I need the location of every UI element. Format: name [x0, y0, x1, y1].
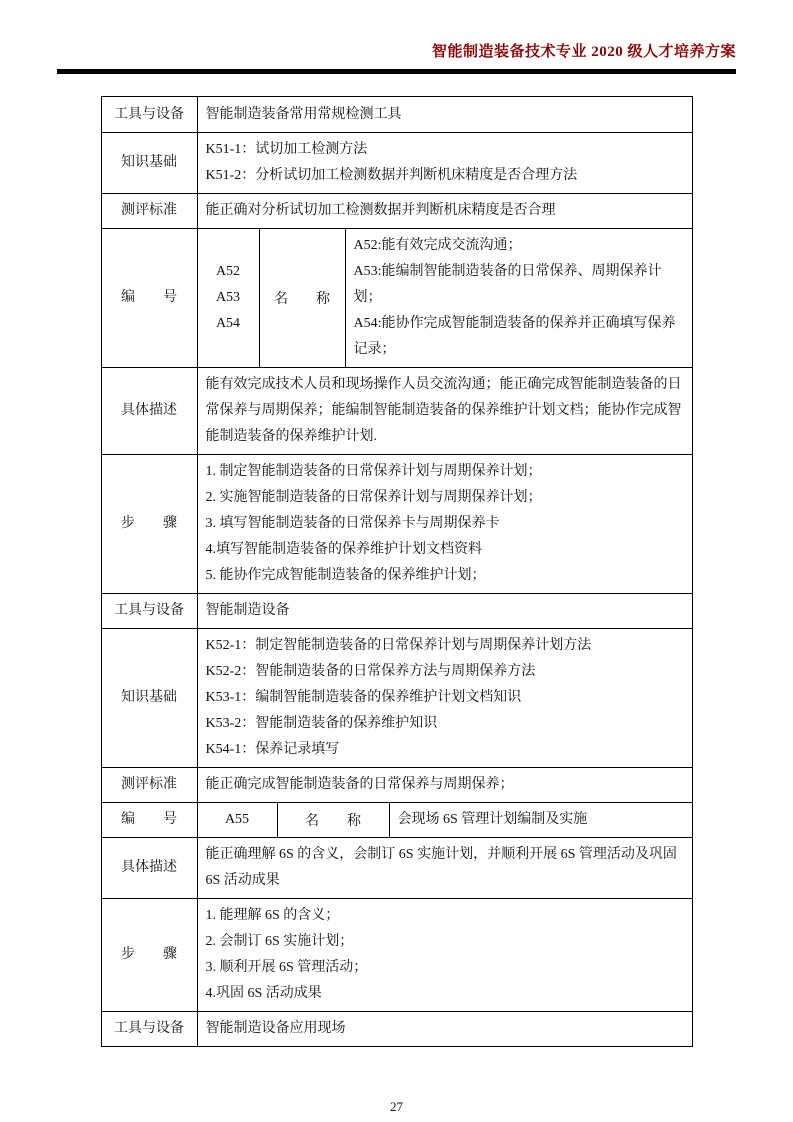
code-value: A53: [216, 285, 240, 311]
content-line: K51-2：分析试切加工检测数据并判断机床精度是否合理方法: [206, 163, 684, 189]
row-label-cell: 知识基础: [102, 629, 197, 767]
table-row: 工具与设备智能制造装备常用常规检测工具: [102, 97, 692, 132]
content-line: A52:能有效完成交流沟通；: [354, 233, 684, 259]
content-line: 3. 顺利开展 6S 管理活动；: [206, 955, 684, 981]
code-cell: A55: [197, 803, 277, 837]
row-content-cell: 能正确理解 6S 的含义，会制订 6S 实施计划，并顺利开展 6S 管理活动及巩…: [197, 838, 692, 898]
content-paragraph: 能有效完成技术人员和现场操作人员交流沟通；能正确完成智能制造装备的日常保养与周期…: [206, 372, 684, 450]
content-line: 4.填写智能制造装备的保养维护计划文档资料: [206, 537, 684, 563]
document-page: 智能制造装备技术专业 2020 级人才培养方案 工具与设备智能制造装备常用常规检…: [0, 0, 793, 1122]
content-line: K52-2：智能制造装备的日常保养方法与周期保养方法: [206, 659, 684, 685]
table-row: 步 骤1. 能理解 6S 的含义；2. 会制订 6S 实施计划；3. 顺利开展 …: [102, 898, 692, 1011]
table-row: 测评标准能正确完成智能制造装备的日常保养与周期保养；: [102, 767, 692, 802]
content-line: A53:能编制智能制造装备的日常保养、周期保养计划；: [354, 259, 684, 311]
code-value: A55: [225, 807, 249, 833]
row-label-cell: 测评标准: [102, 194, 197, 228]
table-row: 工具与设备智能制造设备: [102, 593, 692, 628]
row-label-cell: 具体描述: [102, 368, 197, 454]
content-line: 5. 能协作完成智能制造装备的保养维护计划；: [206, 563, 684, 589]
content-paragraph: 能正确理解 6S 的含义，会制订 6S 实施计划，并顺利开展 6S 管理活动及巩…: [206, 842, 684, 894]
table-row: 具体描述能有效完成技术人员和现场操作人员交流沟通；能正确完成智能制造装备的日常保…: [102, 367, 692, 454]
content-line: K53-2：智能制造装备的保养维护知识: [206, 711, 684, 737]
row-content-cell: 1. 能理解 6S 的含义；2. 会制订 6S 实施计划；3. 顺利开展 6S …: [197, 899, 692, 1011]
row-label-cell: 步 骤: [102, 899, 197, 1011]
content-line: K51-1：试切加工检测方法: [206, 137, 684, 163]
content-line: A54:能协作完成智能制造装备的保养并正确填写保养记录；: [354, 311, 684, 363]
content-line: 4.巩固 6S 活动成果: [206, 981, 684, 1007]
row-content-cell: A52:能有效完成交流沟通；A53:能编制智能制造装备的日常保养、周期保养计划；…: [345, 229, 692, 367]
table-row: 测评标准能正确对分析试切加工检测数据并判断机床精度是否合理: [102, 193, 692, 228]
row-content-cell: 智能制造设备应用现场: [197, 1012, 692, 1046]
content-line: 1. 制定智能制造装备的日常保养计划与周期保养计划；: [206, 459, 684, 485]
code-value: A52: [216, 259, 240, 285]
row-content-cell: 能正确完成智能制造装备的日常保养与周期保养；: [197, 768, 692, 802]
code-value: A54: [216, 311, 240, 337]
content-line: 智能制造设备: [206, 598, 684, 624]
row-content-cell: K52-1：制定智能制造装备的日常保养计划与周期保养计划方法K52-2：智能制造…: [197, 629, 692, 767]
row-label-cell: 测评标准: [102, 768, 197, 802]
row-content-cell: 会现场 6S 管理计划编制及实施: [389, 803, 692, 837]
page-footer: 27: [0, 1099, 793, 1115]
row-label-cell: 工具与设备: [102, 97, 197, 132]
content-line: 会现场 6S 管理计划编制及实施: [398, 807, 684, 833]
content-line: K54-1：保养记录填写: [206, 737, 684, 763]
program-table: 工具与设备智能制造装备常用常规检测工具知识基础K51-1：试切加工检测方法K51…: [101, 96, 693, 1047]
table-row: 编 号A52A53A54名 称A52:能有效完成交流沟通；A53:能编制智能制造…: [102, 228, 692, 367]
row-label-cell: 编 号: [102, 229, 197, 367]
content-line: K53-1：编制智能制造装备的保养维护计划文档知识: [206, 685, 684, 711]
row-content-cell: 智能制造设备: [197, 594, 692, 628]
content-line: 2. 实施智能制造装备的日常保养计划与周期保养计划；: [206, 485, 684, 511]
row-content-cell: 智能制造装备常用常规检测工具: [197, 97, 692, 132]
row-content-cell: 能有效完成技术人员和现场操作人员交流沟通；能正确完成智能制造装备的日常保养与周期…: [197, 368, 692, 454]
row-content-cell: 1. 制定智能制造装备的日常保养计划与周期保养计划；2. 实施智能制造装备的日常…: [197, 455, 692, 593]
page-header: 智能制造装备技术专业 2020 级人才培养方案: [57, 40, 736, 61]
table-row: 知识基础K52-1：制定智能制造装备的日常保养计划与周期保养计划方法K52-2：…: [102, 628, 692, 767]
name-label-cell: 名 称: [259, 229, 345, 367]
row-label-cell: 具体描述: [102, 838, 197, 898]
table-row: 具体描述能正确理解 6S 的含义，会制订 6S 实施计划，并顺利开展 6S 管理…: [102, 837, 692, 898]
name-label-cell: 名 称: [277, 803, 389, 837]
row-label-cell: 编 号: [102, 803, 197, 837]
page-number: 27: [390, 1099, 403, 1114]
row-label-cell: 知识基础: [102, 133, 197, 193]
row-label-cell: 工具与设备: [102, 594, 197, 628]
row-label-cell: 工具与设备: [102, 1012, 197, 1046]
content-line: 2. 会制订 6S 实施计划；: [206, 929, 684, 955]
content-line: 能正确对分析试切加工检测数据并判断机床精度是否合理: [206, 198, 684, 224]
header-divider: [57, 69, 736, 74]
content-line: 智能制造设备应用现场: [206, 1016, 684, 1042]
row-content-cell: 能正确对分析试切加工检测数据并判断机床精度是否合理: [197, 194, 692, 228]
content-line: 能正确完成智能制造装备的日常保养与周期保养；: [206, 772, 684, 798]
content-line: K52-1：制定智能制造装备的日常保养计划与周期保养计划方法: [206, 633, 684, 659]
table-row: 编 号A55名 称会现场 6S 管理计划编制及实施: [102, 802, 692, 837]
table-row: 知识基础K51-1：试切加工检测方法K51-2：分析试切加工检测数据并判断机床精…: [102, 132, 692, 193]
row-label-cell: 步 骤: [102, 455, 197, 593]
content-line: 1. 能理解 6S 的含义；: [206, 903, 684, 929]
table-row: 步 骤1. 制定智能制造装备的日常保养计划与周期保养计划；2. 实施智能制造装备…: [102, 454, 692, 593]
content-line: 智能制造装备常用常规检测工具: [206, 102, 684, 128]
content-line: 3. 填写智能制造装备的日常保养卡与周期保养卡: [206, 511, 684, 537]
table-row: 工具与设备智能制造设备应用现场: [102, 1011, 692, 1046]
page-title: 智能制造装备技术专业 2020 级人才培养方案: [432, 44, 736, 60]
row-content-cell: K51-1：试切加工检测方法K51-2：分析试切加工检测数据并判断机床精度是否合…: [197, 133, 692, 193]
code-cell: A52A53A54: [197, 229, 259, 367]
